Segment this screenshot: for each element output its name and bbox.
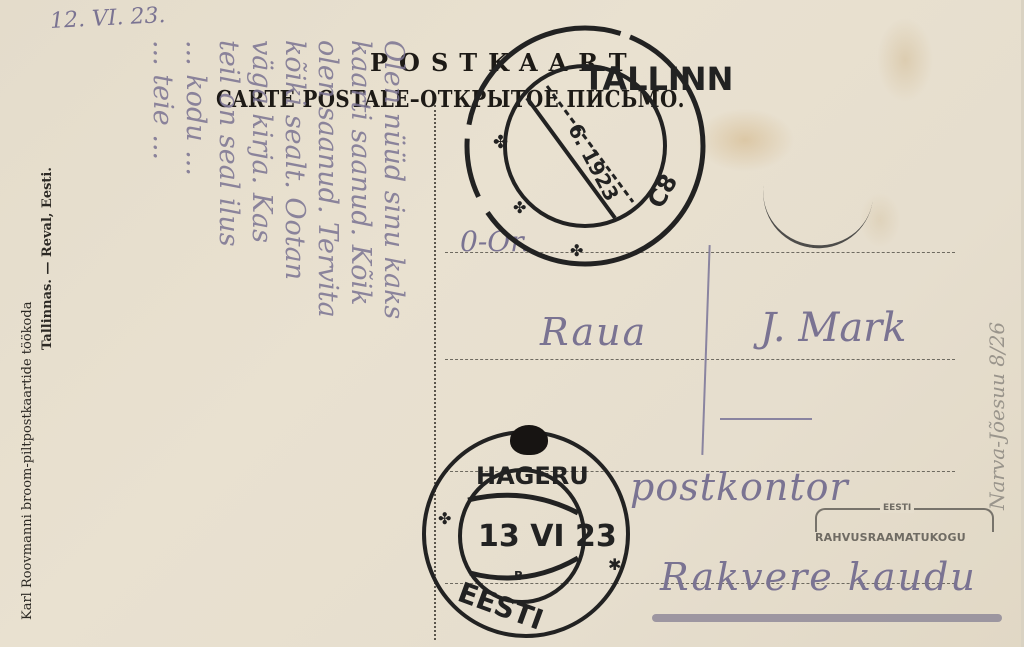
upper-postmark: TALLINN 6. 1923 ✤ ✤ ✤ C8 xyxy=(465,18,715,283)
pencil-underline xyxy=(652,614,1002,622)
handwritten-date: 12. VI. 23. xyxy=(49,3,166,34)
imprint-line-1: Karl Roovmanni broom-piltpostkaartide tö… xyxy=(18,0,38,620)
postmark-fragment xyxy=(756,178,874,256)
postmark-city: TALLINN xyxy=(583,60,733,98)
svg-text:✱: ✱ xyxy=(608,555,621,574)
message-line: olen saanud. Tervita xyxy=(311,40,344,640)
address-post-office: postkontor xyxy=(630,465,849,509)
pen-stroke xyxy=(720,418,812,420)
message-line: teil on seal ilus xyxy=(212,40,245,640)
ink-blot xyxy=(510,425,548,455)
postmark-letter: B xyxy=(514,569,523,583)
handwritten-message: Olen nüüd sinu kaks kaarti saanud. Kõik … xyxy=(146,40,410,640)
address-recipient: J. Mark xyxy=(760,305,907,351)
lower-postmark: HAGERU 13 VI 23 B EESTI ✤ ✱ xyxy=(418,428,648,647)
message-line: Olen nüüd sinu kaks xyxy=(377,40,410,640)
library-stamp-country: EESTI xyxy=(880,503,914,513)
svg-text:✤: ✤ xyxy=(570,241,583,260)
address-line xyxy=(445,359,955,360)
svg-text:C8: C8 xyxy=(642,169,683,213)
svg-text:✤: ✤ xyxy=(513,198,526,217)
postmark-city: HAGERU xyxy=(476,462,589,490)
message-line: väga kirja. Kas xyxy=(245,40,278,640)
message-line: ... teie ... xyxy=(146,40,179,640)
postmark-date: 13 VI 23 xyxy=(478,519,617,554)
pencil-side-note: Narva-Jõesuu 8/26 xyxy=(985,322,1009,510)
address-via: Rakvere kaudu xyxy=(660,555,977,599)
svg-text:✤: ✤ xyxy=(493,132,508,153)
imprint-line-2: Tallinnas. — Reval, Eesti. xyxy=(38,0,58,620)
postmark-country: EESTI xyxy=(454,576,548,637)
postcard: POSTKAART CARTE POSTALE–ОТКРЫТОЕ ПИСЬМО.… xyxy=(0,0,1024,647)
printer-imprint: Karl Roovmanni broom-piltpostkaartide tö… xyxy=(18,0,78,620)
svg-text:✤: ✤ xyxy=(438,509,451,528)
library-stamp-name: RAHVUSRAAMATUKOGU xyxy=(815,531,966,544)
message-line: kaarti saanud. Kõik xyxy=(344,40,377,640)
message-line: ... kodu ... xyxy=(179,40,212,640)
address-village: Raua xyxy=(540,310,647,354)
message-line: kõiki sealt. Ootan xyxy=(278,40,311,640)
